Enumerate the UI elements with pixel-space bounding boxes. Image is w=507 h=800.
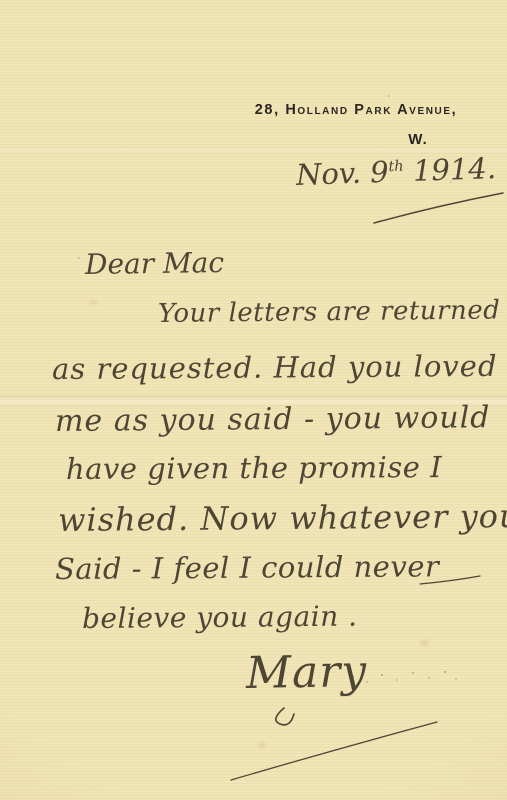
speck <box>78 257 80 259</box>
body-line: have given the promise I <box>66 450 442 486</box>
speck <box>455 678 457 680</box>
handwritten-date: Nov. 9th 1914. <box>295 151 496 192</box>
body-line: Your letters are returned <box>158 295 501 329</box>
speck <box>366 681 368 683</box>
signature: Mary <box>246 646 368 699</box>
body-line: wished. Now whatever you <box>58 497 507 539</box>
letter-page: 28, Holland Park Avenue, W. Nov. 9th 191… <box>0 0 507 800</box>
speck <box>352 676 354 678</box>
date-underline <box>374 193 503 223</box>
foxing-spot <box>258 742 266 748</box>
speck <box>450 181 452 183</box>
speck <box>428 677 430 679</box>
letterhead-address: 28, Holland Park Avenue, <box>238 102 474 118</box>
speck <box>381 674 383 676</box>
speck <box>444 671 446 673</box>
body-line: as requested. Had you loved <box>52 349 498 386</box>
speck <box>388 95 390 97</box>
body-line: Said - I feel I could never <box>55 549 440 586</box>
signature-descender-loop <box>276 708 294 725</box>
letterhead-district: W. <box>400 131 436 148</box>
body-line: me as you said - you would <box>55 400 491 439</box>
foxing-spot <box>90 300 97 305</box>
date-superscript: th <box>388 159 404 176</box>
salutation: Dear Mac <box>85 246 224 281</box>
date-prefix: Nov. 9 <box>295 155 389 192</box>
foxing-spot <box>420 640 429 646</box>
speck <box>412 672 414 674</box>
body-line: believe you again . <box>82 600 358 635</box>
speck <box>396 679 398 681</box>
signature-flourish-line <box>231 722 437 780</box>
